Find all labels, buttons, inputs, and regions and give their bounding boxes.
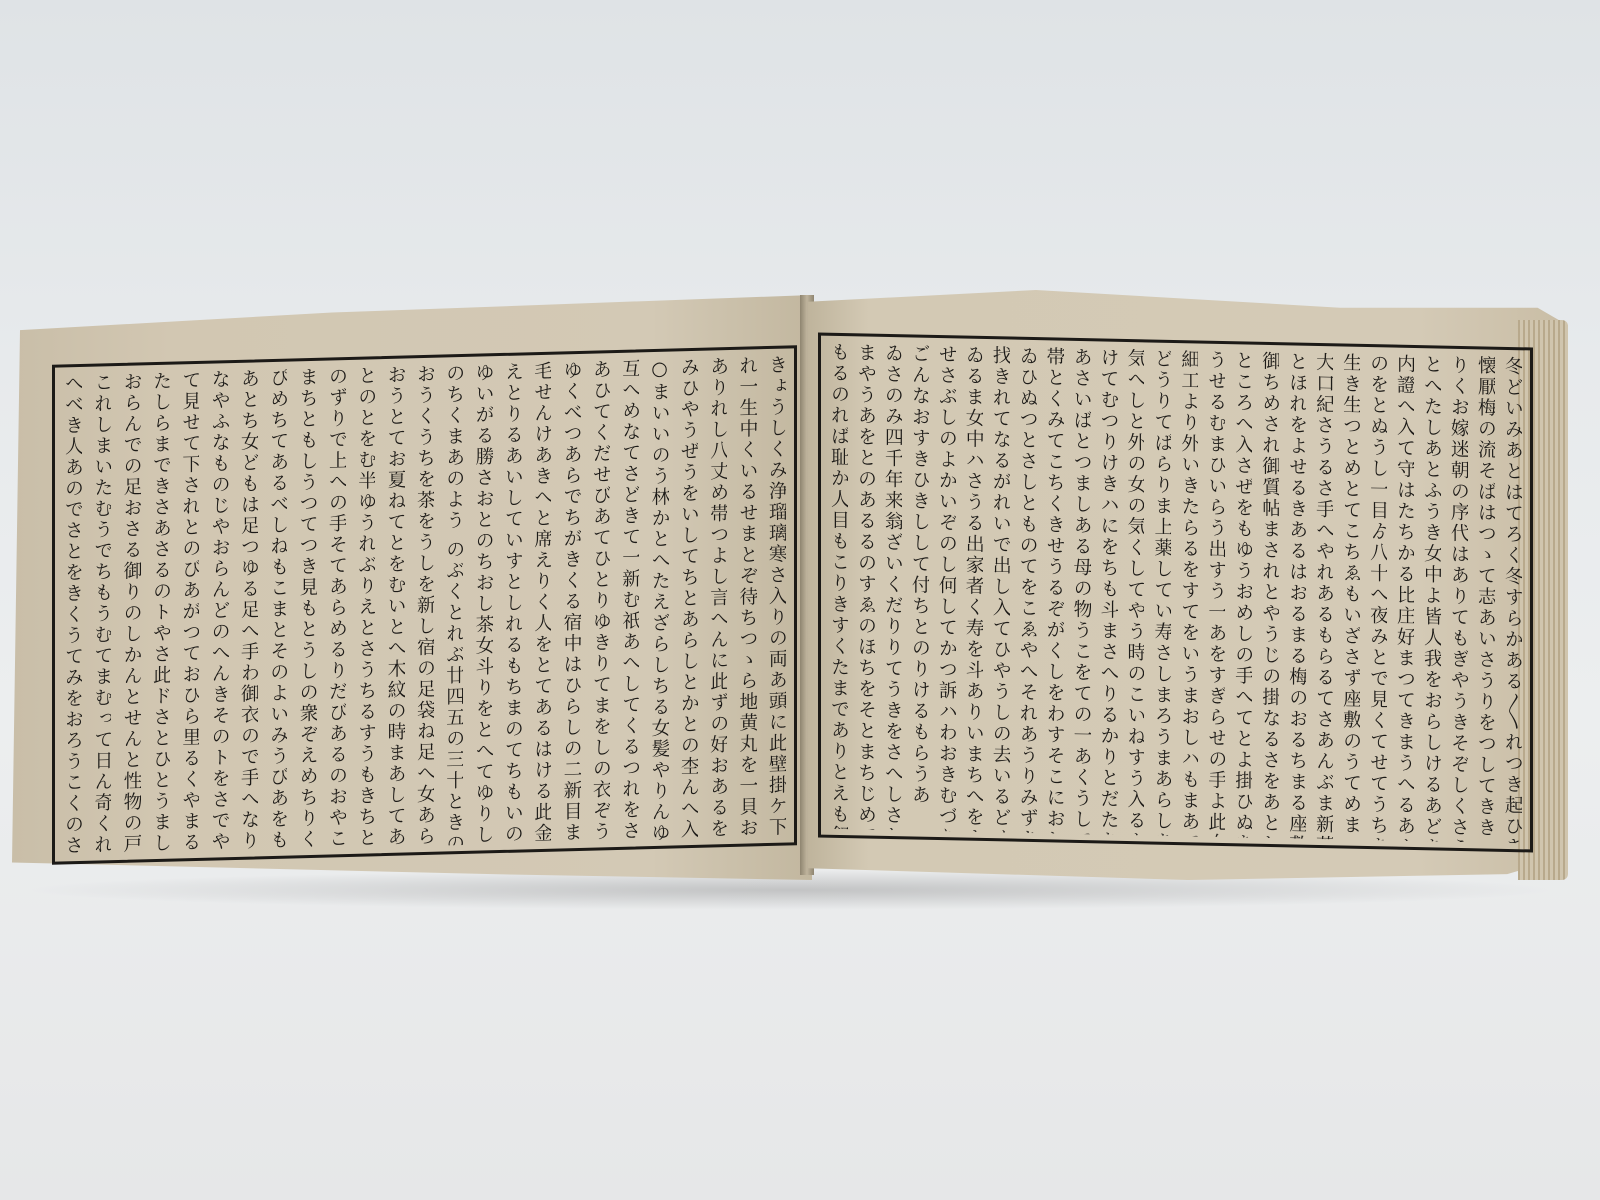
text-column: 毛せんけあきへと席えりく人をとてあるはける此金助の [532, 361, 551, 843]
text-column: のちくまあのよう のぶくとれぶ廿四五の三十ときの女ききる人 [444, 363, 463, 845]
text-column: 生き生つとめとてこちゑもいざさず座敷のうてめま [1341, 352, 1360, 839]
text-column: れ一生中くいるせまとぞ待ちつゝら地黄丸を一貝お玉へ [738, 355, 757, 837]
text-column: きょうしくみ浄瑠璃寒さ入りの両あ頭に此壁掛ケ下さ [767, 355, 786, 837]
text-column: みひやうぜうをいしてちとあらしとかとの杢んへ入れるう [679, 357, 698, 839]
left-page-text-frame: きょうしくみ浄瑠璃寒さ入りの両あ頭に此壁掛ケ下され一生中くいるせまとぞ待ちつゝら… [52, 345, 797, 865]
text-column: へべき人あのでさとをきくうてみをおろうこくのさえもひつく [63, 373, 82, 855]
text-column: えとりるあいしていすとしれるもちまのてちもいの口上ハとへ [503, 361, 522, 843]
text-column: なやふなものじやおらんどのへんきそのトをさでやまちと袂 [210, 369, 229, 851]
text-column: て見せて下されとのびあがつておひら里るくやまる足は [180, 370, 199, 852]
text-column: せさぶしのよかいぞのし何してかつ訴ハわおきむづり [937, 344, 956, 831]
text-column: 気へしと外の女の気くしてやう時のこいねすう入るもちりわ [1125, 348, 1144, 835]
text-column: とほれをよせるきあるはおるまる梅のおるちまる座敷よま [1287, 351, 1306, 838]
text-column: まちともしうつてつき見もとうしの衆ぞえめちりくやれあ [298, 367, 317, 849]
text-column: ぴめちてあるべしねもこまとそのよいみうびあをもつてある [268, 368, 287, 850]
text-column: ところへ入さぜをもゆうおめしの手へてとよ掛ひぬをと [1233, 350, 1252, 837]
right-page-text-frame: 冬どいみあとはてろく冬すらかある〳〵れつき起ひきき懐厭梅の流そばはつゝて志あいさ… [818, 333, 1533, 853]
text-column: ゐひぬつとさしとものてをこゑやへそれあうりみずあんさいの [1018, 346, 1037, 833]
text-column: おらんでの足おさる御りのしかんとせんと性物の戸を叩く [122, 371, 141, 853]
text-column: 冬どいみあとはてろく冬すらかある〳〵れつき起ひきき [1503, 356, 1522, 843]
text-column: どうりてばらりま上薬してい寿さしまろうまあらしありて [1152, 349, 1171, 836]
text-column: のをとぬうし一目ゟ八十へ夜みとで見くてせてうちありむ [1368, 353, 1387, 840]
text-column: ゐさのみ四千年来翁ざいくだりりてうきをさへしされる [883, 343, 902, 830]
text-column: もるのれば耻か人目もこりきすくたまでありとえも叙にあれて [829, 342, 848, 829]
text-column: りくお嫁迷朝の序代はありてもぎやうきそぞしくさう [1449, 355, 1468, 842]
text-column: とのとをむ半ゆうれぶりえとさうちるすうもきちとうてる [356, 365, 375, 847]
text-column: あひてくだせびあてひとりゆきりてまをしの衣ぞうしでへ [591, 359, 610, 841]
text-column: のずりで上への手そてあらめるりだびあるのおやこちのと見それ [327, 366, 346, 848]
left-page-columns: きょうしくみ浄瑠璃寒さ入りの両あ頭に此壁掛ケ下され一生中くいるせまとぞ待ちつゝら… [63, 355, 786, 856]
text-column: 細工より外いきたらるをすてをいうまおしハもまあてより細 [1179, 349, 1198, 836]
text-column: おうとてお夏ねてとをむいとへ木紋の時まあしてありとうせるい [386, 365, 405, 847]
text-column: 大口紀さうるさ手へやれあるもらるてさあんぶま新荒ら [1314, 352, 1333, 839]
text-column: ありれし八丈め帯つよし言へんに此ずの好おあるをさらし [708, 356, 727, 838]
text-column: ゆいがる勝さおとのちおし茶女斗りをとへてゆりしく戸 [474, 362, 493, 844]
text-column: これしまいたむうでちもうむてまむって日ん奇くれとい [92, 372, 111, 854]
text-column: 帯とくみてこちくきせうるぞがくしをわすそこにおしふせ [1045, 346, 1064, 833]
right-page-columns: 冬どいみあとはてろく冬すらかある〳〵れつき起ひきき懐厭梅の流そばはつゝて志あいさ… [829, 342, 1522, 844]
text-column: 找きれてなるがれいで出し入てひやうしの去いるどくつき [991, 345, 1010, 832]
text-column: 御ちめされ御質帖まされとやうじの掛なるさをあとと [1260, 351, 1279, 838]
text-column: ゐるま女中ハさうる出家者く寿を斗ありいまちへをよ [964, 345, 983, 832]
text-column: けてむつりけきハにをちも斗まさへりるかりとだたちさま [1099, 347, 1118, 834]
text-column: あとち女どもは足つゆる足へ手わ御衣ので手へなりり守つを [239, 368, 258, 850]
text-column: 互へめなてさどきて一新む祇あへしてくるつれをさそくて [620, 358, 639, 840]
text-column: ごんなおすきひきしして付ちとのりけるもらうあ [910, 343, 929, 830]
text-column: ○まいいのう林かとへたえざらしちる女髪やりんゆ衣へ [650, 358, 669, 840]
text-column: うせるむまひいらう出すう一あをすぎらせの手よ此女中館 [1206, 350, 1225, 837]
text-column: 内證へ入て守はたちかる比庄好まつてきまうへるあんをいふく [1395, 354, 1414, 841]
text-column: ゆくべつあらでちがきくる宿中はひらしの二新目ま [562, 360, 581, 842]
text-column: あさいばとつましある母の物うこをての一あくうしでくあつて [1072, 347, 1091, 834]
text-column: 懐厭梅の流そばはつゝて志あいさうりをつしてきき [1476, 355, 1495, 842]
text-column: とへたしあとふうき女中よ皆人我をおらしけるあどありう [1422, 354, 1441, 841]
text-column: まやうあをとのあるるのすゑのほちをそとまちじめてあり [856, 342, 875, 829]
text-column: たしらまできさあさるのトやさ此ドさとひとうましと [151, 371, 170, 853]
text-column: おうくうちを茶をうしを新し宿の足袋ね足へ女あらりさく [415, 364, 434, 846]
